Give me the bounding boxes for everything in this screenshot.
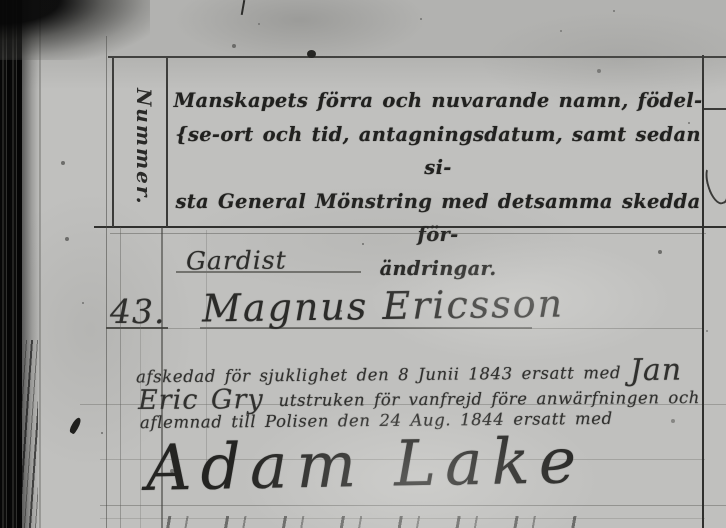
ink-blob-on-rule — [307, 50, 316, 58]
bottom-faint-rule — [100, 505, 726, 506]
entry-rank-handwriting: Gardist — [186, 245, 287, 275]
stray-pen-mark — [241, 0, 246, 15]
header-top-rule — [108, 56, 726, 58]
header-line-2: {se-ort och tid, antagningsdatum, samt s… — [172, 118, 704, 185]
book-binding-edge — [0, 0, 22, 528]
note-2-text: utstruken för vanfrejd före anwärfningen… — [279, 388, 701, 410]
cutoff-handwriting-strokes — [148, 516, 578, 528]
margin-rule-inner — [120, 227, 121, 528]
scanned-muster-roll-page: Nummer. Manskapets förra och nuvarande n… — [0, 0, 726, 528]
right-column-cutoff-glyph — [701, 161, 726, 207]
right-column-top-rule — [703, 108, 726, 110]
header-line-1: Manskapets förra och nuvarande namn, föd… — [172, 84, 704, 118]
header-line-3: sta General Mönstring med detsamma skedd… — [172, 185, 704, 252]
margin-rule-outer — [106, 36, 107, 528]
entry-final-name-handwriting: Adam Lake — [145, 424, 585, 505]
number-column-header-label: Nummer. — [132, 88, 156, 213]
scan-dark-corner — [0, 0, 150, 60]
header-box-left-rule — [112, 56, 114, 227]
entry-number-handwriting: 43. — [110, 292, 165, 331]
number-column-rule — [166, 56, 168, 227]
entry-note-line-2: Eric Gry utstruken för vanfrejd före anw… — [138, 379, 700, 414]
entry-name-handwriting: Magnus Ericsson — [202, 281, 565, 330]
margin-ink-blot — [68, 416, 83, 434]
binding-streaks-bottom — [20, 340, 38, 528]
